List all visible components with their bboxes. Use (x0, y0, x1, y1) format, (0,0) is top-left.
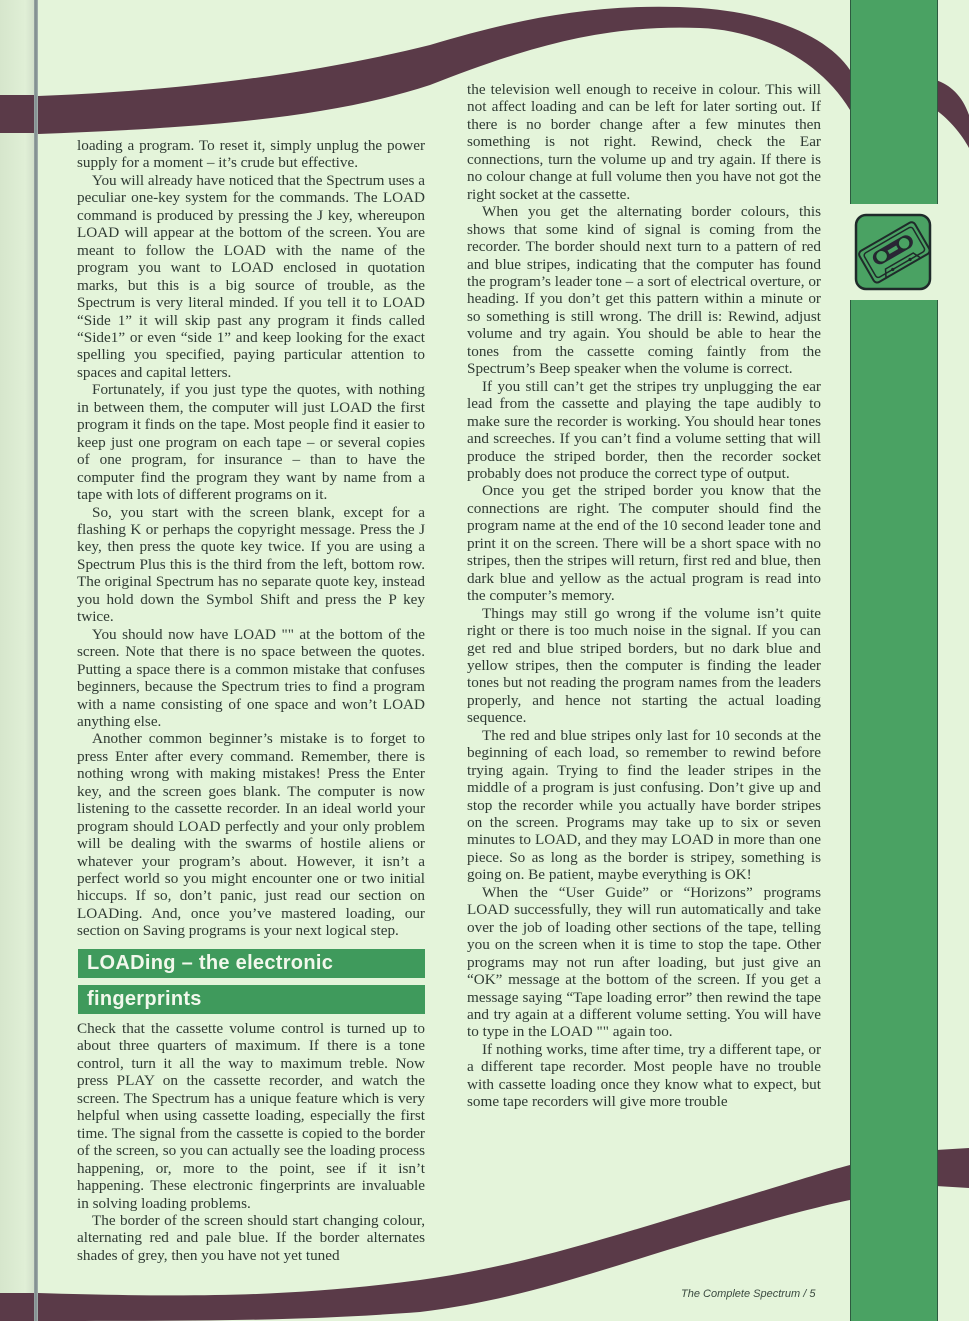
paragraph: If you still can’t get the stripes try u… (467, 378, 821, 483)
magazine-page: loading a program. To reset it, simply u… (0, 0, 969, 1321)
side-tab-bar-top (850, 0, 938, 204)
paragraph: Things may still go wrong if the volume … (467, 605, 821, 727)
paragraph: So, you start with the screen blank, exc… (77, 504, 425, 626)
paragraph: Check that the cassette volume control i… (77, 1020, 425, 1212)
section-heading-line-2: fingerprints (78, 985, 425, 1014)
paragraph: Fortunately, if you just type the quotes… (77, 381, 425, 503)
paragraph: loading a program. To reset it, simply u… (77, 137, 425, 172)
paragraph: When the “User Guide” or “Horizons” prog… (467, 884, 821, 1041)
cassette-icon (854, 213, 932, 291)
paragraph: The border of the screen should start ch… (77, 1212, 425, 1264)
side-tab-bar-bottom (850, 300, 938, 1321)
right-column: the television well enough to receive in… (467, 81, 821, 1111)
paragraph: Another common beginner’s mistake is to … (77, 730, 425, 939)
paragraph: The red and blue stripes only last for 1… (467, 727, 821, 884)
paragraph: If nothing works, time after time, try a… (467, 1041, 821, 1111)
paragraph: When you get the alternating border colo… (467, 203, 821, 378)
paragraph: the television well enough to receive in… (467, 81, 821, 203)
left-column: loading a program. To reset it, simply u… (77, 137, 425, 940)
running-footer: The Complete Spectrum / 5 (681, 1288, 816, 1300)
paragraph: You will already have noticed that the S… (77, 172, 425, 381)
left-column-section: Check that the cassette volume control i… (77, 1020, 425, 1264)
paragraph: Once you get the striped border you know… (467, 482, 821, 604)
paragraph: You should now have LOAD "" at the botto… (77, 626, 425, 731)
section-heading-line-1: LOADing – the electronic (78, 949, 425, 978)
